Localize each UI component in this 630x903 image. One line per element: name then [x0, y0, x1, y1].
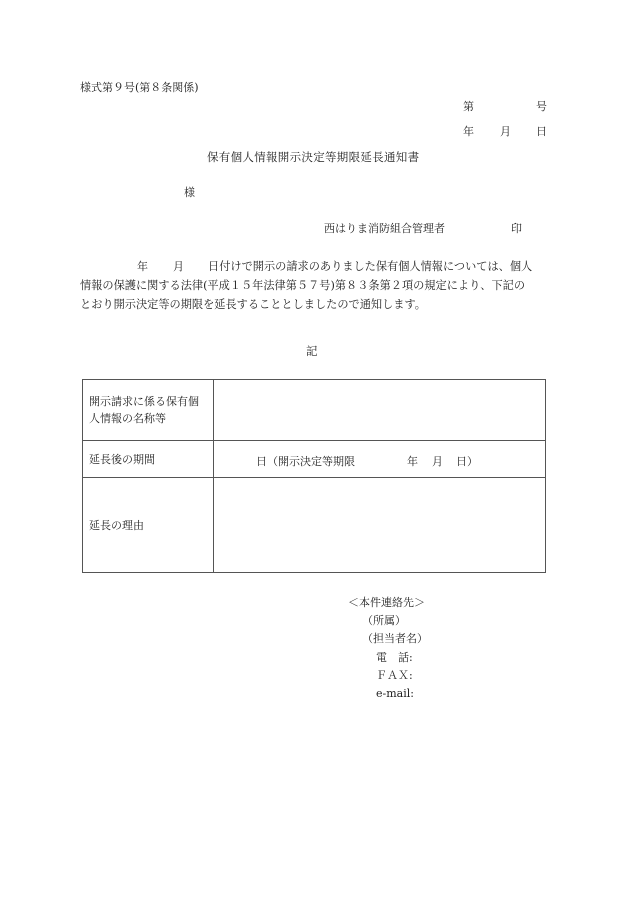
date-year: 年 [463, 126, 474, 137]
row-value-reason[interactable] [214, 478, 546, 573]
recipient-suffix: 様 [184, 187, 195, 198]
table-row: 延長の理由 [83, 478, 546, 573]
body-line3: とおり開示決定等の期限を延長することとしましたので通知します。 [80, 299, 426, 310]
extension-table: 開示請求に係る保有個人情報の名称等 延長後の期間 日（開示決定等期限 年 月 日… [82, 379, 546, 573]
body-line1: 日付けで開示の請求のありました保有個人情報については、個人 [208, 261, 532, 272]
contact-email: e-mail: [376, 688, 414, 699]
contact-person: （担当者名） [362, 633, 428, 644]
row-label-reason: 延長の理由 [83, 478, 214, 573]
table-row: 開示請求に係る保有個人情報の名称等 [83, 380, 546, 441]
body-month: 月 [173, 261, 184, 272]
table-row: 延長後の期間 日（開示決定等期限 年 月 日） [83, 441, 546, 478]
body-line2: 情報の保護に関する法律(平成１５年法律第５７号)第８３条第２項の規定により、下記… [80, 280, 525, 291]
contact-affiliation: （所属） [362, 615, 406, 626]
date-month: 月 [500, 126, 511, 137]
contact-phone: 電 話: [376, 652, 413, 663]
ki-heading: 記 [306, 346, 318, 358]
row-value-info-name[interactable] [214, 380, 546, 441]
contact-fax: ＦＡＸ: [376, 670, 413, 681]
period-day: 日（開示決定等期限 [256, 453, 355, 469]
body-year: 年 [137, 261, 148, 272]
period-month: 月 [432, 453, 443, 469]
row-label-info-name: 開示請求に係る保有個人情報の名称等 [83, 380, 214, 441]
contact-heading: ＜本件連絡先＞ [348, 597, 425, 608]
sender-name: 西はりま消防組合管理者 [324, 223, 445, 234]
row-value-extended-period[interactable]: 日（開示決定等期限 年 月 日） [214, 441, 546, 478]
date-day: 日 [536, 126, 547, 137]
seal-mark: 印 [511, 223, 522, 234]
period-year: 年 [407, 453, 418, 469]
document-title: 保有個人情報開示決定等期限延長通知書 [207, 152, 419, 164]
document-number-dai: 第 [463, 101, 474, 112]
document-number-go: 号 [536, 101, 547, 112]
form-number: 様式第９号(第８条関係) [80, 82, 199, 93]
row-label-extended-period: 延長後の期間 [83, 441, 214, 478]
period-end: 日） [456, 453, 478, 469]
